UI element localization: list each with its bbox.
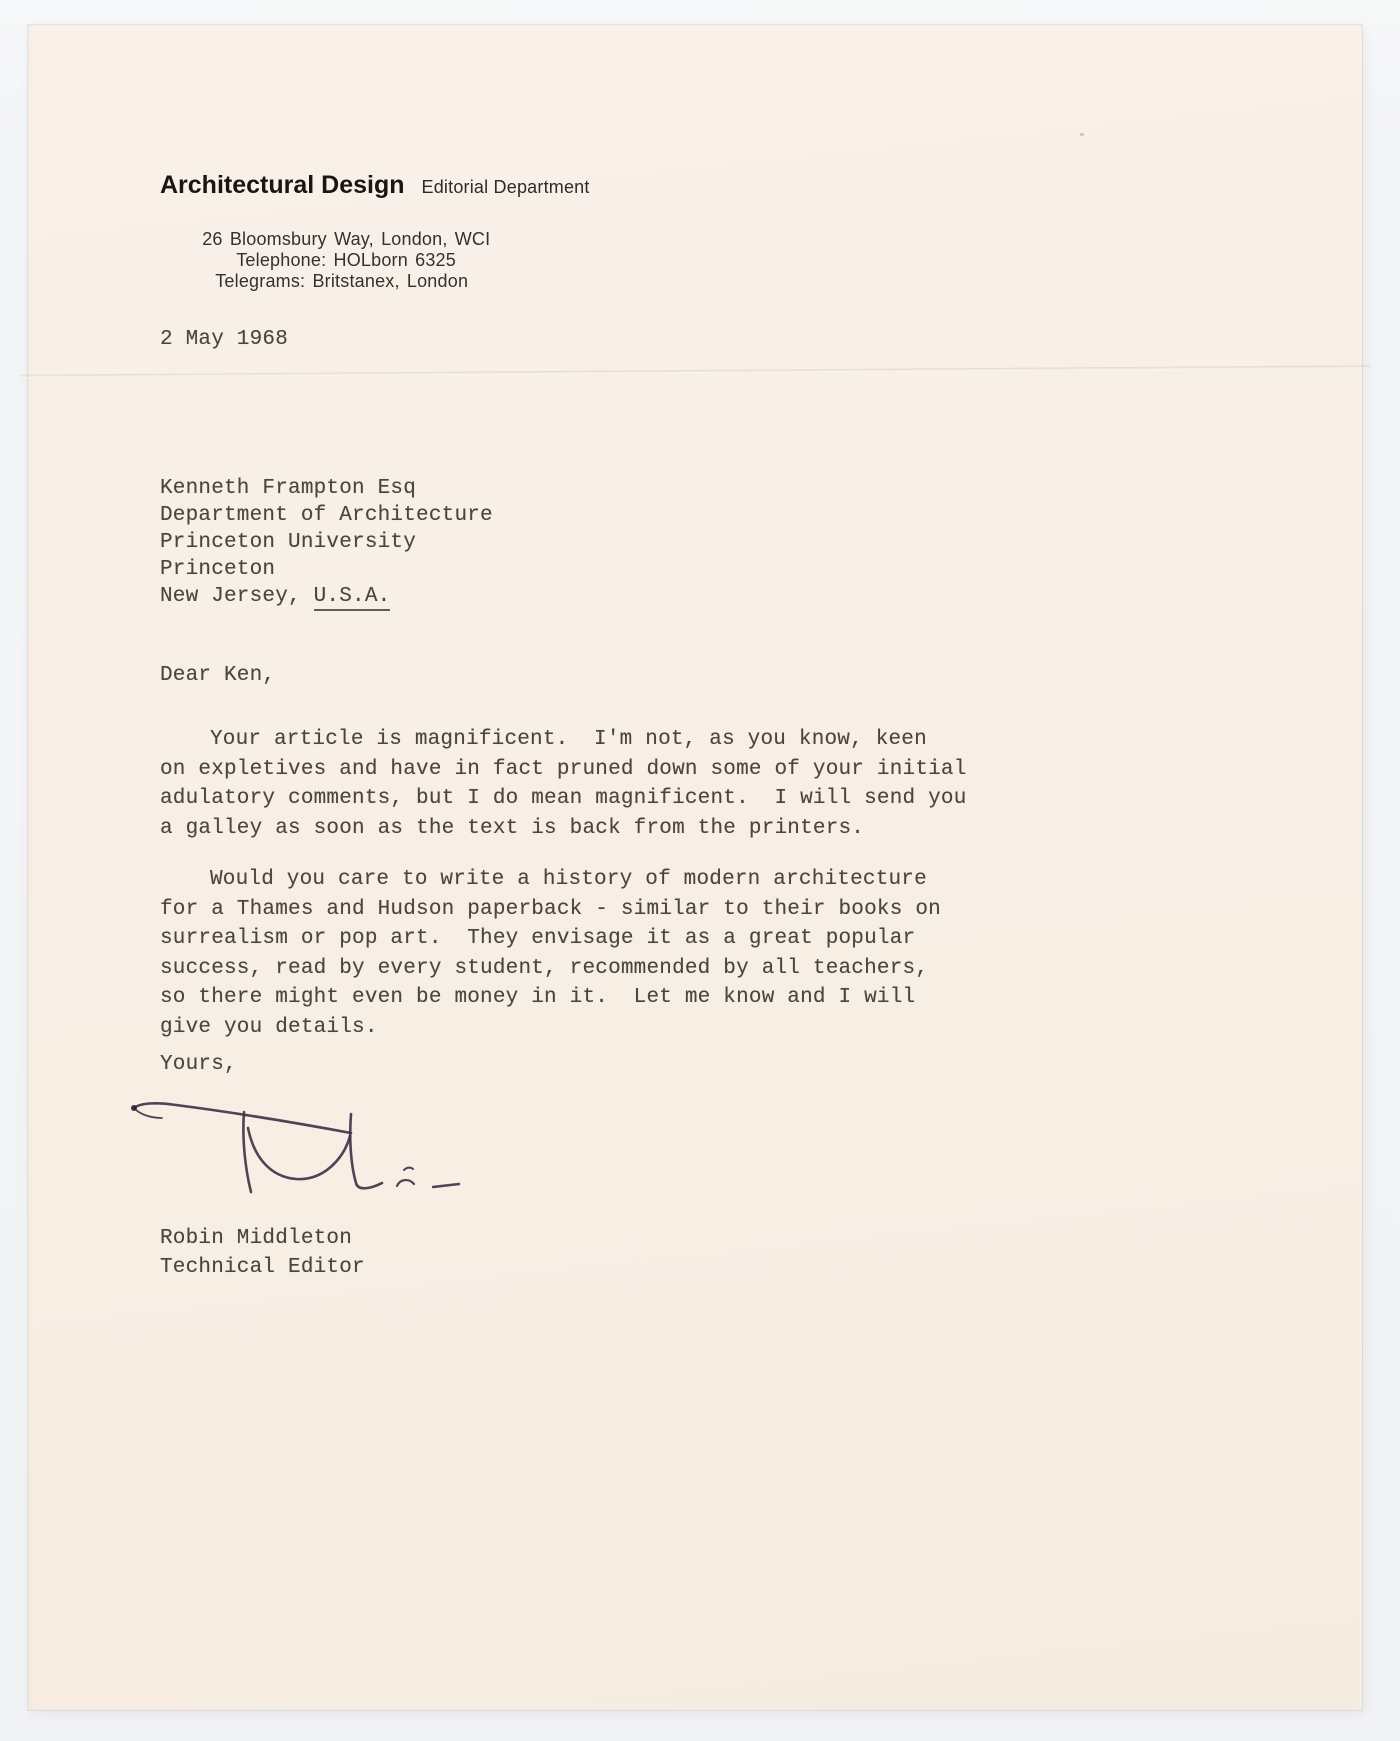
paragraph-2: Would you care to write a history of mod…: [160, 865, 941, 1042]
signoff-name: Robin Middleton: [160, 1224, 365, 1253]
paragraph-line: on expletives and have in fact pruned do…: [160, 755, 967, 785]
signature-scrawl-robin: [128, 1098, 468, 1203]
paragraph-line: a galley as soon as the text is back fro…: [160, 814, 967, 844]
recipient-state: New Jersey,: [160, 585, 314, 608]
letterhead-telephone: Telephone: HOLborn 6325: [236, 250, 456, 271]
letterhead-department: Editorial Department: [422, 177, 590, 198]
letterhead-contact-line: 26 Bloomsbury Way, London, WCI Telephone…: [159, 208, 490, 313]
paragraph-line: give you details.: [160, 1013, 941, 1043]
letter-page: Architectural Design Editorial Departmen…: [28, 25, 1362, 1710]
paper-fold-crease: [20, 365, 1370, 377]
letterhead-telegrams: Telegrams: Britstanex, London: [215, 271, 468, 292]
recipient-address: Kenneth Frampton Esq Department of Archi…: [160, 475, 493, 610]
letterhead: Architectural Design Editorial Departmen…: [160, 171, 590, 200]
salutation: Dear Ken,: [160, 664, 275, 687]
paragraph-line: Your article is magnificent. I'm not, as…: [160, 725, 967, 755]
scan-background: Architectural Design Editorial Departmen…: [0, 0, 1400, 1741]
paragraph-line: adulatory comments, but I do mean magnif…: [160, 784, 967, 814]
paragraph-1: Your article is magnificent. I'm not, as…: [160, 725, 967, 843]
paragraph-line: so there might even be money in it. Let …: [160, 983, 941, 1013]
letterhead-brand: Architectural Design: [160, 171, 405, 200]
paragraph-line: Would you care to write a history of mod…: [160, 865, 941, 895]
recipient-city: Princeton: [160, 556, 493, 583]
recipient-country-underlined: U.S.A.: [314, 585, 391, 611]
letterhead-street-address: 26 Bloomsbury Way, London, WCI: [202, 229, 490, 250]
recipient-name: Kenneth Frampton Esq: [160, 475, 493, 502]
signoff-title: Technical Editor: [160, 1253, 365, 1282]
recipient-dept: Department of Architecture: [160, 502, 493, 529]
paragraph-line: surrealism or pop art. They envisage it …: [160, 924, 941, 954]
paper-speck: [1080, 133, 1084, 136]
recipient-university: Princeton University: [160, 529, 493, 556]
signoff-block: Robin Middleton Technical Editor: [160, 1224, 365, 1282]
recipient-state-country: New Jersey, U.S.A.: [160, 583, 493, 610]
letter-date: 2 May 1968: [160, 328, 288, 351]
paragraph-line: success, read by every student, recommen…: [160, 954, 941, 984]
closing: Yours,: [160, 1053, 237, 1076]
paragraph-line: for a Thames and Hudson paperback - simi…: [160, 895, 941, 925]
